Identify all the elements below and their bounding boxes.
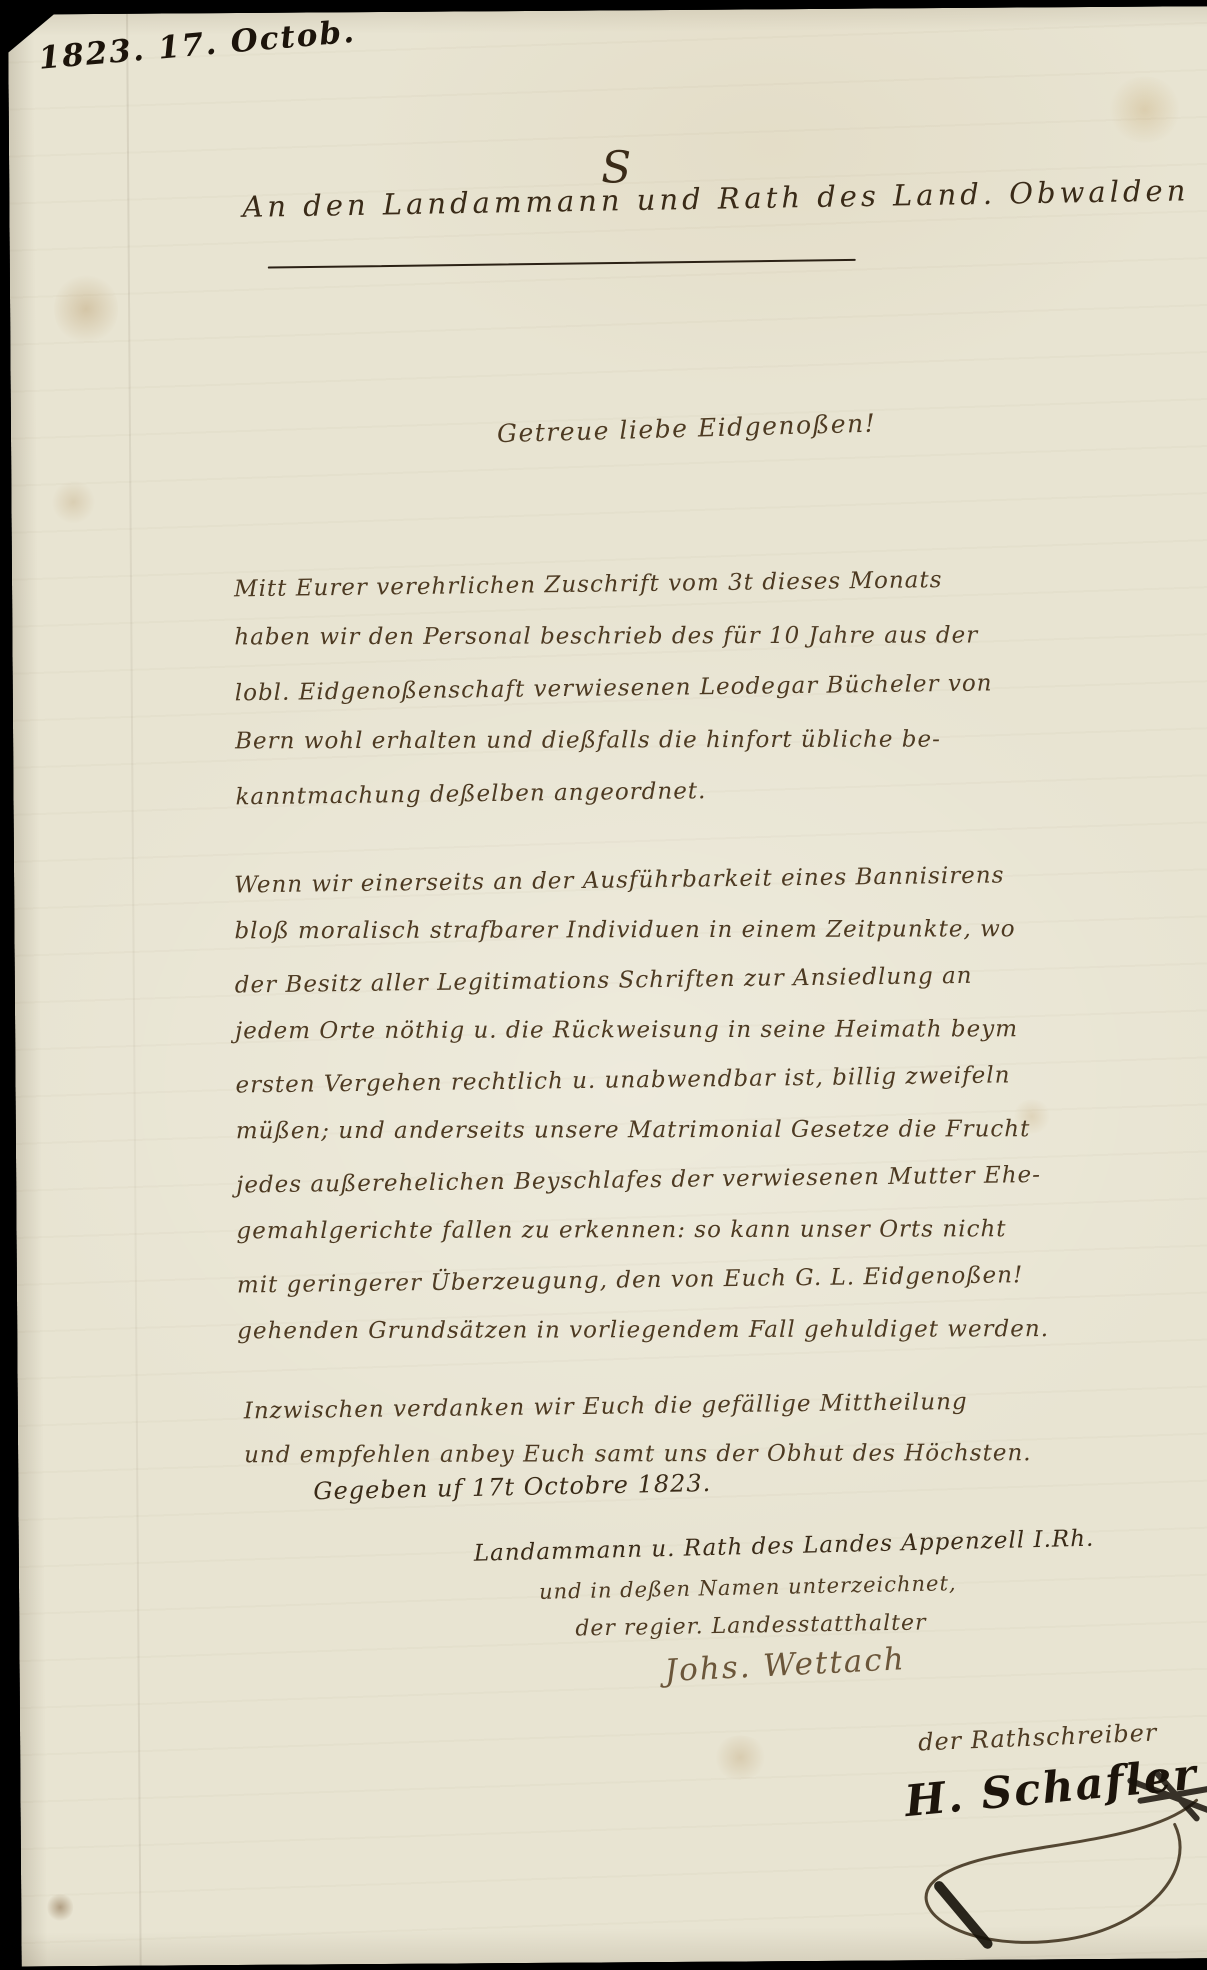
signature-block-line: und in deßen Namen unterzeichnet, [539,1571,957,1604]
paragraph-2: Wenn wir einerseits an der Ausführbarkei… [234,852,1049,1358]
address-line: An den Landammann und Rath des Land. Obw… [242,173,1190,224]
signature-block-line: der regier. Landesstatthalter [575,1610,927,1641]
paper-stain [712,1735,768,1779]
rathschreiber-label: der Rathschreiber [918,1718,1158,1756]
paragraph-2-line: bloß moralisch strafbarer Individuen in … [234,904,1046,956]
paragraph-3-line: Inzwischen verdanken wir Euch die gefäll… [243,1377,1031,1435]
paper-crease [126,14,142,1966]
paper-stain [51,480,95,524]
paragraph-1-line: lobl. Eidgenoßenschaft verwiesenen Leode… [234,657,992,719]
paragraph-2-line: Wenn wir einerseits an der Ausführbarkei… [234,850,1046,911]
paper-stain [47,1892,73,1922]
paragraph-2-line: mit geringerer Überzeugung, den von Euch… [237,1250,1049,1311]
paper-stain [1106,76,1182,143]
signature-block-line: Landammann u. Rath des Landes Appenzell … [474,1526,1095,1567]
statthalter-signature: Johs. Wettach [664,1641,907,1689]
paragraph-2-line: jedem Orte nöthig u. die Rückweisung in … [235,1004,1047,1056]
scanned-letter-page: { "letter": { "corner_note": "1823. 17. … [0,0,1207,1970]
paper-stain [54,272,119,346]
paragraph-1-line: Mitt Eurer verehrlichen Zuschrift vom 3t… [234,553,992,615]
header-rule [268,259,856,269]
paragraph-2-line: gehenden Grundsätzen in vorliegendem Fal… [237,1304,1049,1356]
paragraph-2-line: müßen; und anderseits unsere Matrimonial… [236,1104,1048,1156]
paragraph-2-line: ersten Vergehen rechtlich u. unabwendbar… [235,1050,1047,1111]
paragraph-1-line: kanntmachung deßelben angeordnet. [235,761,993,823]
paragraph-1: Mitt Eurer verehrlichen Zuschrift vom 3t… [234,556,994,821]
paragraph-1-line: haben wir den Personal beschrieb des für… [234,609,992,663]
paragraph-2-line: jedes außerehelichen Beyschlafes der ver… [236,1150,1048,1211]
paragraph-2-line: gemahlgerichte fallen zu erkennen: so ka… [236,1204,1048,1256]
salutation: Getreue liebe Eidgenoßen! [497,409,877,449]
paragraph-2-line: der Besitz aller Legitimations Schriften… [234,950,1046,1011]
paragraph-3: Inzwischen verdanken wir Euch die gefäll… [244,1379,1032,1480]
corner-date-note: 1823. 17. Octob. [37,14,357,77]
letter-paper-sheet: 1823. 17. Octob. S An den Landammann und… [8,6,1207,1967]
rathschreiber-signature: H. Schafler [903,1750,1200,1827]
paragraph-1-line: Bern wohl erhalten und dießfalls die hin… [235,713,993,767]
